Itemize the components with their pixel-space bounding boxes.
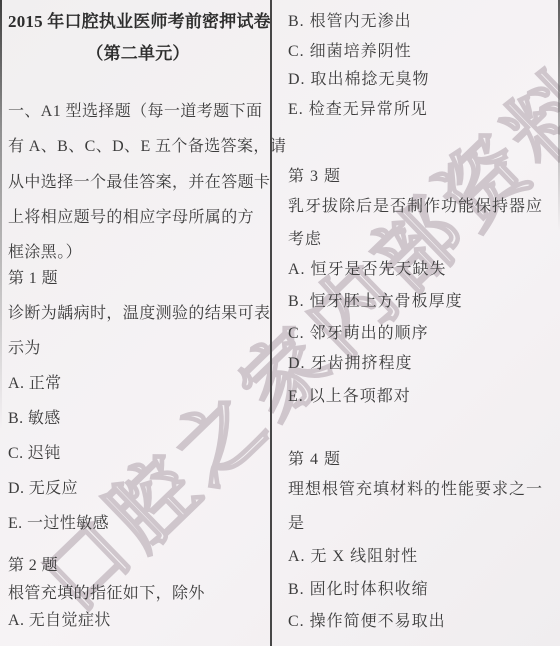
instructions-line: 从中选择一个最佳答案，并在答题卡 [8,169,270,192]
question-1-stem-line: 诊断为龋病时，温度测验的结果可表 [8,300,270,323]
question-4-stem-line: 理想根管充填材料的性能要求之一 [288,476,543,499]
exam-paper-page: 口腔之家内部资料 2015 年口腔执业医师考前密押试卷 （第二单元） 一、A1 … [0,0,560,646]
question-1-option-c: C. 迟钝 [8,440,61,463]
question-1-stem-line: 示为 [8,335,41,358]
question-4-heading: 第 4 题 [288,446,341,469]
question-3-option-d: D. 牙齿拥挤程度 [288,350,413,373]
instructions-line: 一、A1 型选择题（每一道考题下面 [8,98,262,121]
question-3-option-c: C. 邻牙萌出的顺序 [288,320,429,343]
question-1-option-e: E. 一过性敏感 [8,510,109,533]
question-1-heading: 第 1 题 [8,265,58,288]
exam-unit: （第二单元） [8,39,268,64]
instructions-line: 上将相应题号的相应字母所属的方 [8,204,254,227]
question-1-option-a: A. 正常 [8,370,62,393]
question-3-heading: 第 3 题 [288,163,341,186]
watermark: 口腔之家内部资料 [10,36,560,634]
question-1-option-d: D. 无反应 [8,475,78,498]
question-4-option-b: B. 固化时体积收缩 [288,576,429,599]
column-divider [270,0,272,646]
question-2-option-c: C. 细菌培养阴性 [288,38,412,61]
scan-edge-left [0,0,2,430]
question-4-option-c: C. 操作简便不易取出 [288,608,446,631]
question-1-option-b: B. 敏感 [8,405,61,428]
question-3-stem-line: 乳牙拔除后是否制作功能保持器应 [288,193,543,216]
question-2-stem-line: 根管充填的指征如下，除外 [8,580,205,603]
question-3-stem-line: 考虑 [288,226,322,249]
question-2-option-d: D. 取出棉捻无臭物 [288,66,430,89]
exam-title: 2015 年口腔执业医师考前密押试卷 [8,7,268,32]
instructions-line: 有 A、B、C、D、E 五个备选答案，请 [8,133,286,156]
question-3-option-b: B. 恒牙胚上方骨板厚度 [288,288,463,311]
question-3-option-a: A. 恒牙是否先天缺失 [288,256,447,279]
question-4-stem-line: 是 [288,510,305,533]
question-2-option-a: A. 无自觉症状 [8,607,111,630]
question-2-option-b: B. 根管内无渗出 [288,8,412,31]
question-2-option-e: E. 检查无异常所见 [288,96,428,119]
question-3-option-e: E. 以上各项都对 [288,383,411,406]
question-2-heading: 第 2 题 [8,552,58,575]
question-4-option-a: A. 无 X 线阻射性 [288,543,418,566]
instructions-line: 框涂黑。） [8,239,82,262]
